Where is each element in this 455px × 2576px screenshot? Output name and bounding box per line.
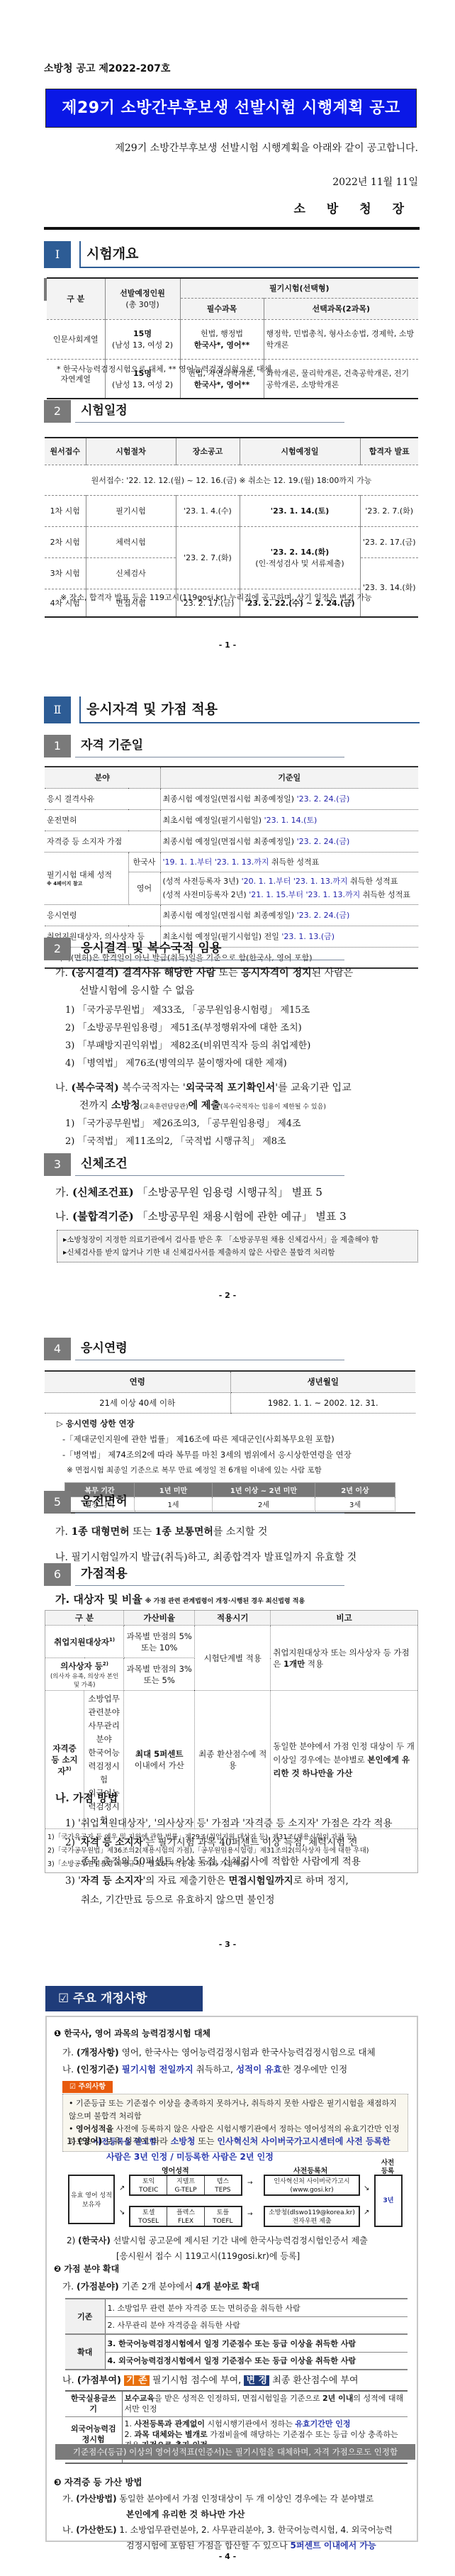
subsection-header: 4 응시연령 (44, 1338, 344, 1360)
change-3-body: 가. (가산방법) 동일한 분야에서 가점 인정대상이 두 개 이상인 경우에는… (62, 2491, 414, 2553)
header-quota: 선발예정인원 (총 30명) (105, 278, 180, 319)
table-row: 자격증 등 소지자 가점 최종시험 예정일(면접시험 최종예정일) '23. 2… (45, 831, 418, 852)
subsection-header: 3 신체조건 (44, 1153, 344, 1176)
subsection-header: 6 가점적용 (44, 1563, 344, 1586)
arrow-icon: ↗ (119, 2184, 125, 2192)
age-table: 연령 생년월일 21세 이상 40세 이하 1982. 1. 1. ~ 2002… (45, 1370, 415, 1414)
section-header-2: Ⅱ 응시자격 및 가점 적용 (44, 696, 420, 723)
issuer: 소 방 청 장 (294, 199, 412, 216)
english-recognition: 1) (영어) 보유 성적에 따라 소방청 또는 인사혁신처 사이버국가고시센터… (67, 2133, 414, 2165)
table-row: 인문사회계열 15명(남성 13, 여성 2) 헌법, 행정법한국사*, 영어*… (47, 319, 418, 359)
arrow-icon: ↗ (364, 2209, 369, 2216)
table-row: 응시연령 최종시험 예정일(면접시험 최종예정일) '23. 2. 24.(금) (45, 904, 418, 926)
intro-text: 제29기 소방간부후보생 선발시험 시행계획을 아래와 같이 공고합니다. (50, 140, 418, 155)
section-title: 시험개요 (79, 241, 420, 268)
physical-notice-box: ▸소방청장이 지정한 의료기관에서 검사를 받은 후 「소방공무원 채용 신체검… (57, 1230, 418, 1262)
subject-footnote: * 한국사능력검정시험으로 대체, ** 영어능력검정시험으로 대체 (57, 363, 271, 374)
table-row: 운전면허 최초시험 예정일(필기시험일) '23. 1. 14.(토) (45, 809, 418, 831)
table-row: 필기시험 대체 성적※ 4페이지 참고 한국사 '19. 1. 1.부터 '23… (45, 852, 418, 872)
table-row: 1차 시험 필기시험 '23. 1. 4.(수) '23. 1. 14.(토) … (45, 495, 418, 526)
caution-tag: ☑ 주의사항 (62, 2081, 113, 2093)
announcement-date: 2022년 11월 11일 (332, 174, 418, 189)
arrow-icon: → (247, 2211, 253, 2218)
change-2-title: ❷ 가점 분야 확대 (54, 2263, 119, 2275)
page-number: - 4 - (0, 2552, 455, 2561)
subsection-header: 5 운전면허 (44, 1491, 344, 1514)
header-elective: 선택과목(2과목) (264, 298, 418, 319)
registrar-gosi: 인사혁신처 사이버국가고시(www.gosi.kr) (264, 2175, 360, 2196)
physical-conditions: 가. (신체조건표) 「소방공무원 임용령 시행규칙」 별표 5 나. (불합격… (55, 1180, 347, 1228)
document: 소방청 공고 제2022-207호 제29기 소방간부후보생 선발시험 시행계획… (0, 0, 455, 2576)
application-period: 원서접수: '22. 12. 12.(월) ~ 12. 16.(금) ※ 취소는… (45, 465, 418, 495)
arrow-icon: ↘ (119, 2209, 125, 2216)
subsection-header: 1 자격 기준일 (44, 735, 344, 757)
korean-history-recognition: 2) (한국사) 선발시험 공고문에 제시된 기간 내에 한국사능력검정시험인증… (67, 2233, 414, 2264)
bonus-fields-table: 기존 1. 소방업무 관련 분야 자격증 또는 면허증을 취득한 사람 2. 사… (65, 2298, 408, 2370)
change-3-title: ❸ 자격증 등 가산 방법 (54, 2475, 142, 2488)
header-category: 구 분 (47, 278, 105, 319)
arrow-icon: → (247, 2180, 253, 2187)
english-tests-group-1: 토익TOEIC 지텔프G-TELP 텝스TEPS (129, 2175, 242, 2196)
table-row: 응시 결격사유 최종시험 예정일(면접시험 최종예정일) '23. 2. 24.… (45, 788, 418, 809)
dual-nationality-text: 나. (복수국적) 복수국적자는 '외국국적 포기확인서'를 교육기관 입교 전… (55, 1079, 420, 1116)
arrow-icon: ↘ (364, 2184, 369, 2192)
bonus-method-items: 1) '취업지원대상자', '의사상자 등' 가점과 '자격증 등 소지자' 가… (65, 1814, 420, 1910)
page-number: - 2 - (0, 1291, 455, 1300)
registrar-nfa-email: 소방청(dlswo119@korea.kr)전자우편 제출 (264, 2206, 360, 2227)
change-1-body: 가. (개정사항) 영어, 한국사는 영어능력검정시험과 한국사능력검정시험으로… (62, 2044, 417, 2078)
subsection-header: 2 시험일정 (44, 400, 344, 423)
age-extension: ▷ 응시연령 상한 연장 -「제대군인지원에 관한 법률」 제16조에 따른 제… (57, 1416, 352, 1478)
disqualification-laws: 1) 「국가공무원법」 제33조, 「공무원임용시험령」 제15조 2) 「소방… (65, 1001, 310, 1072)
dual-nationality-laws: 1) 「국가공무원법」 제26조의3, 「공무원임용령」 제4조 2) 「국적법… (65, 1115, 301, 1150)
registered-period-box: 3년 (374, 2175, 403, 2227)
english-substitute-banner: 기준점수(등급) 이상의 영어성적표(인증서)는 필기시험을 대체하며, 자격 … (55, 2444, 415, 2460)
schedule-footnote: ※ 장소, 합격자 발표 등은 119고시(119gosi.kr) 누리집에 공… (60, 592, 372, 603)
section-header-1: Ⅰ 시험개요 (44, 241, 420, 268)
page-number: - 1 - (0, 640, 455, 650)
change-2-na: 나. (가점부여) 기 존 필기시험 점수에 부여, 변 경 최종 환산점수에 … (62, 2372, 359, 2386)
table-row: 2차 시험 체력시험 '23. 2. 7.(화) '23. 2. 14.(화)(… (45, 526, 418, 557)
bonus-method-title: 나. 가점 방법 (55, 1790, 118, 1805)
flow-header-registrar: 사전등록처 (293, 2165, 327, 2175)
flow-holder-box: 유효 영어 성적 보유자 (68, 2175, 115, 2224)
subsection-header: 2 응시결격 및 복수국적 임용 (44, 938, 344, 960)
change-1-title: ❶ 한국사, 영어 과목의 능력검정시험 대체 (54, 2027, 210, 2039)
schedule-table: 원서접수 시험절차 장소공고 시험예정일 합격자 발표 원서접수: '22. 1… (45, 437, 418, 618)
notice-number: 소방청 공고 제2022-207호 (44, 61, 170, 75)
subjects-table-render: 구 분 선발예정인원 (총 30명) 필기시험(선택형) 필수과목 선택과목(2… (47, 277, 418, 399)
table-row: 취업지원대상자1) 과목별 만점의 5% 또는 10% 시험단계별 적용 취업지… (45, 1626, 418, 1658)
old-tag: 기 존 (124, 2375, 150, 2386)
page-number: - 3 - (0, 1940, 455, 1949)
section-number: Ⅰ (44, 241, 71, 268)
table-row: 자격증 등 소지자3) 소방업무관련분야 사무관리분야 한국어능력검정시험 외국… (45, 1691, 418, 1829)
header-written: 필기시험(선택형) (180, 278, 418, 298)
key-changes-header: ☑ 주요 개정사항 (45, 1986, 203, 2011)
bonus-target-title: 가. 대상자 및 비율 ※ 가점 관련 관계법령이 개정·시행된 경우 최신법령… (55, 1592, 305, 1606)
english-tests-group-2: 토셀TOSEL 플렉스FLEX 토플TOEFL (129, 2206, 242, 2227)
divider (44, 227, 420, 230)
document-title: 제29기 소방간부후보생 선발시험 시행계획 공고 (45, 89, 417, 128)
change-2-ga: 가. (가점분야) 기존 2개 분야에서 4개 분야로 확대 (62, 2280, 259, 2292)
new-tag: 변 경 (244, 2375, 269, 2386)
flow-header-scores: 영어성적 (162, 2165, 189, 2175)
header-required: 필수과목 (180, 298, 264, 319)
disqualification-text: 가. (응시결격) 결격사유 해당한 사람 또는 응시자격이 정지된 사람은 선… (55, 965, 420, 1000)
